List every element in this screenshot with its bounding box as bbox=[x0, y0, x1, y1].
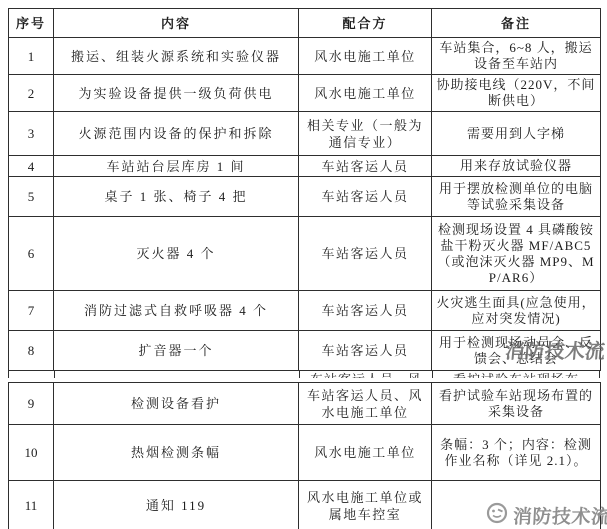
cell-number: 6 bbox=[9, 217, 54, 291]
cell-content: 为实验设备提供一级负荷供电 bbox=[54, 75, 299, 112]
cell-note: 协助接电线（220V，不间断供电） bbox=[432, 75, 601, 112]
cell-party: 风水电施工单位 bbox=[299, 38, 432, 75]
fire-tech-flow-logo-icon bbox=[486, 502, 508, 529]
cell-party: 车站客运人员 bbox=[299, 156, 432, 177]
cell-content: 火源范围内设备的保护和拆除 bbox=[54, 112, 299, 156]
column-header-number: 序号 bbox=[9, 9, 54, 38]
table-row: 7 消防过滤式自救呼吸器 4 个 车站客运人员 火灾逃生面具(应急使用，应对突发… bbox=[9, 291, 601, 331]
cell-note: 车站集合，6~8 人，搬运设备至车站内 bbox=[432, 38, 601, 75]
cell-content bbox=[54, 371, 299, 378]
table-row: 5 桌子 1 张、椅子 4 把 车站客运人员 用于摆放检测单位的电脑等试验采集设… bbox=[9, 177, 601, 217]
cell-number: 2 bbox=[9, 75, 54, 112]
column-header-note: 备注 bbox=[432, 9, 601, 38]
cell-number: 3 bbox=[9, 112, 54, 156]
cell-note: 需要用到人字梯 bbox=[432, 112, 601, 156]
table-row: 10 热烟检测条幅 风水电施工单位 条幅：3 个；内容：检测作业名称（详见 2.… bbox=[9, 425, 601, 481]
page-break-clipped-row: 车站客运人员、风 看护试验车站现场布 bbox=[8, 371, 600, 378]
cell-note: 看护试验车站现场布 bbox=[432, 371, 600, 378]
table-row: 9 检测设备看护 车站客运人员、风水电施工单位 看护试验车站现场布置的采集设备 bbox=[9, 383, 601, 425]
equipment-table-1: 序号 内容 配合方 备注 1 搬运、组装火源系统和实验仪器 风水电施工单位 车站… bbox=[8, 8, 601, 371]
cell-content: 扩音器一个 bbox=[54, 331, 299, 371]
table-header-row: 序号 内容 配合方 备注 bbox=[9, 9, 601, 38]
cell-note: 看护试验车站现场布置的采集设备 bbox=[432, 383, 601, 425]
cell-party: 车站客运人员 bbox=[299, 177, 432, 217]
cell-number: 8 bbox=[9, 331, 54, 371]
cell-number: 1 bbox=[9, 38, 54, 75]
cell-number: 11 bbox=[9, 481, 54, 529]
column-header-party: 配合方 bbox=[299, 9, 432, 38]
watermark-bottom: 消防技术流 bbox=[486, 502, 607, 529]
watermark-bottom-text: 消防技术流 bbox=[512, 502, 607, 529]
cell-number: 4 bbox=[9, 156, 54, 177]
column-header-content: 内容 bbox=[54, 9, 299, 38]
cell-content: 桌子 1 张、椅子 4 把 bbox=[54, 177, 299, 217]
table-row: 3 火源范围内设备的保护和拆除 相关专业（一般为通信专业） 需要用到人字梯 bbox=[9, 112, 601, 156]
cell-party: 车站客运人员 bbox=[299, 291, 432, 331]
document-page: 序号 内容 配合方 备注 1 搬运、组装火源系统和实验仪器 风水电施工单位 车站… bbox=[0, 0, 607, 529]
cell-note: 火灾逃生面具(应急使用，应对突发情况) bbox=[432, 291, 601, 331]
cell-content: 灭火器 4 个 bbox=[54, 217, 299, 291]
cell-content: 搬运、组装火源系统和实验仪器 bbox=[54, 38, 299, 75]
table-row: 4 车站站台层库房 1 间 车站客运人员 用来存放试验仪器 bbox=[9, 156, 601, 177]
cell-number bbox=[8, 371, 54, 378]
cell-number: 5 bbox=[9, 177, 54, 217]
cell-content: 热烟检测条幅 bbox=[54, 425, 299, 481]
table-row: 1 搬运、组装火源系统和实验仪器 风水电施工单位 车站集合，6~8 人，搬运设备… bbox=[9, 38, 601, 75]
cell-number: 7 bbox=[9, 291, 54, 331]
cell-party: 风水电施工单位 bbox=[299, 425, 432, 481]
cell-note: 用于摆放检测单位的电脑等试验采集设备 bbox=[432, 177, 601, 217]
cell-party: 车站客运人员、风 bbox=[299, 371, 432, 378]
cell-content: 消防过滤式自救呼吸器 4 个 bbox=[54, 291, 299, 331]
cell-number: 10 bbox=[9, 425, 54, 481]
cell-party: 车站客运人员 bbox=[299, 331, 432, 371]
cell-party: 风水电施工单位 bbox=[299, 75, 432, 112]
cell-party: 相关专业（一般为通信专业） bbox=[299, 112, 432, 156]
cell-party: 车站客运人员、风水电施工单位 bbox=[299, 383, 432, 425]
cell-content: 检测设备看护 bbox=[54, 383, 299, 425]
cell-note: 用来存放试验仪器 bbox=[432, 156, 601, 177]
watermark-mid-text: 消防技术流 bbox=[504, 335, 607, 364]
cell-note: 检测现场设置 4 具磷酸铵盐干粉灭火器 MF/ABC5（或泡沫灭火器 MP9、M… bbox=[432, 217, 601, 291]
table-row: 6 灭火器 4 个 车站客运人员 检测现场设置 4 具磷酸铵盐干粉灭火器 MF/… bbox=[9, 217, 601, 291]
cell-party: 车站客运人员 bbox=[299, 217, 432, 291]
cell-content: 车站站台层库房 1 间 bbox=[54, 156, 299, 177]
cell-content: 通知 119 bbox=[54, 481, 299, 529]
cell-party: 风水电施工单位或属地车控室 bbox=[299, 481, 432, 529]
table-row: 2 为实验设备提供一级负荷供电 风水电施工单位 协助接电线（220V，不间断供电… bbox=[9, 75, 601, 112]
cell-note: 条幅：3 个；内容：检测作业名称（详见 2.1）。 bbox=[432, 425, 601, 481]
cell-number: 9 bbox=[9, 383, 54, 425]
